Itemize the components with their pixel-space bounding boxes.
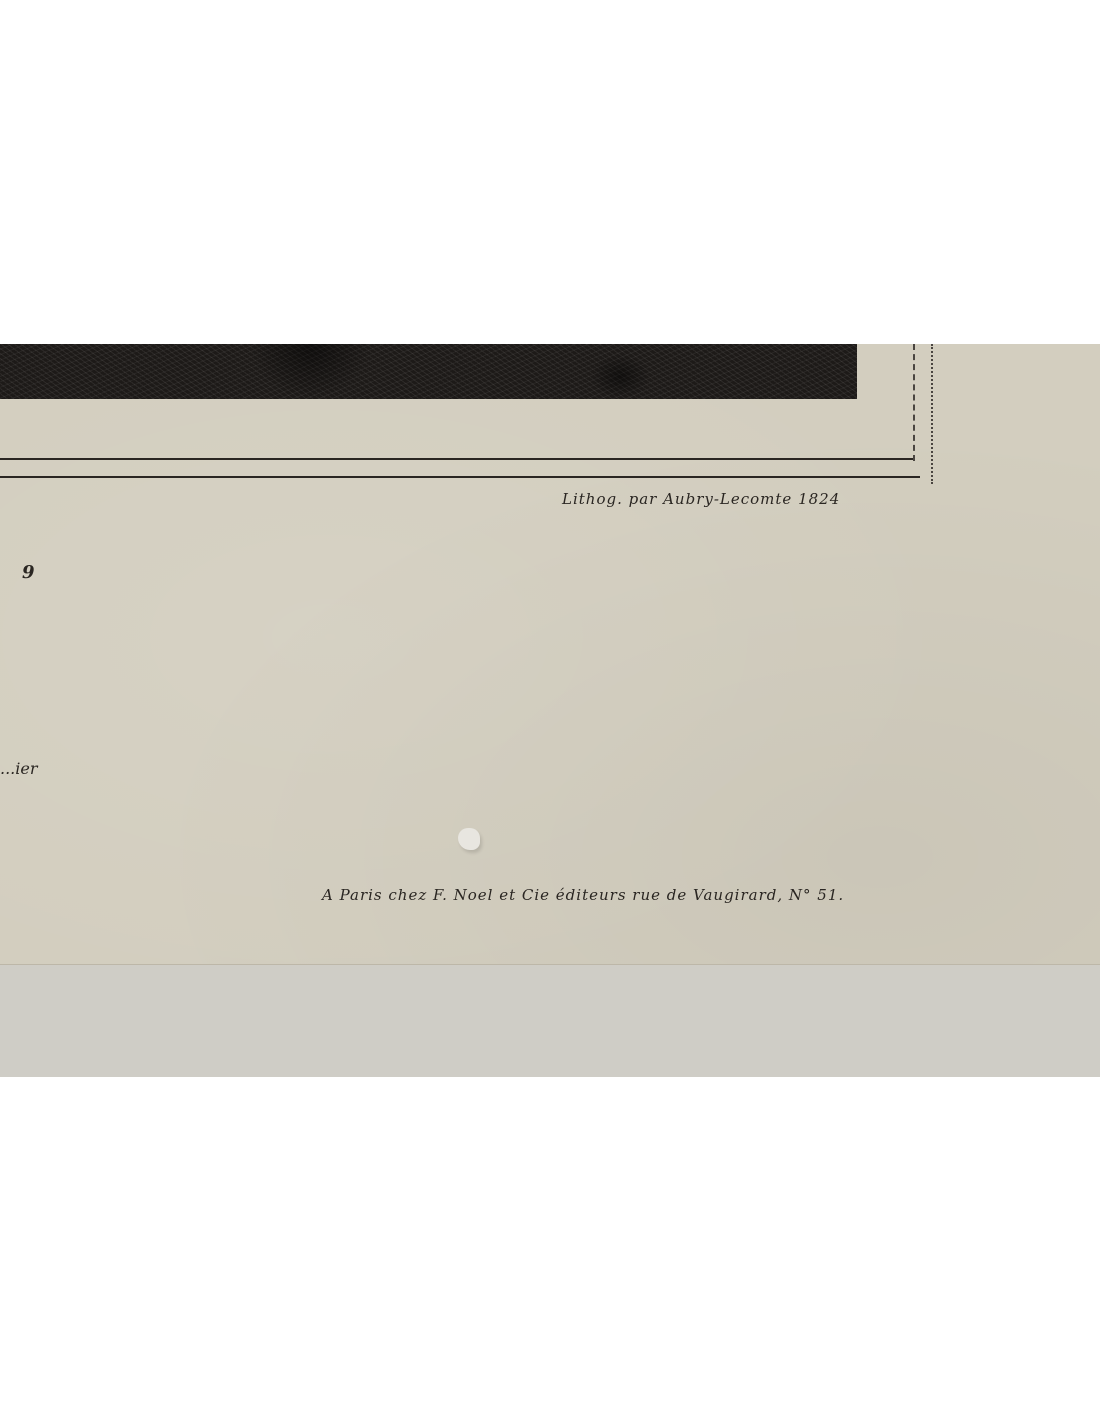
caption-fragment-top: 9 (22, 562, 35, 583)
lithograph-photo: Lithog. par Aubry-Lecomte 1824 9 ...ier … (0, 344, 1100, 1077)
print-shadow (250, 344, 370, 399)
border-rule-outer (0, 476, 920, 478)
border-rule-inner (0, 458, 914, 460)
border-rule-vertical-outer (931, 344, 933, 484)
paper-blemish (458, 828, 480, 850)
mat-board (0, 964, 1100, 1077)
border-rule-vertical-inner (913, 344, 915, 461)
lithographer-caption: Lithog. par Aubry-Lecomte 1824 (562, 490, 840, 508)
caption-fragment-bottom: ...ier (0, 759, 38, 778)
print-shadow (590, 354, 650, 399)
publisher-caption: A Paris chez F. Noel et Cie éditeurs rue… (322, 886, 844, 904)
print-image-edge (0, 344, 857, 399)
